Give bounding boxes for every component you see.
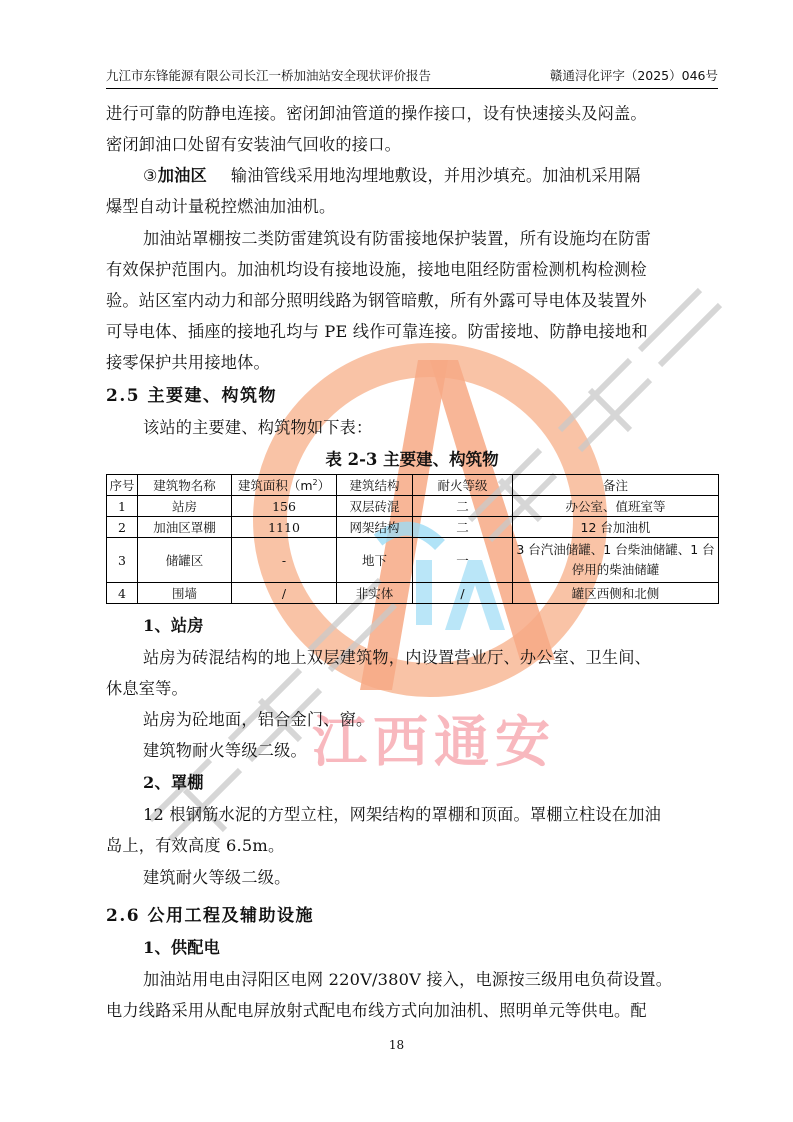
- paragraph-line: 验。站区室内动力和部分照明线路为钢管暗敷，所有外露可导电体及装置外: [106, 291, 718, 311]
- cell-structure: 网架结构: [337, 517, 413, 538]
- table-row: 2 加油区罩棚 1110 网架结构 二 12 台加油机: [107, 517, 719, 538]
- paragraph-line: 站房为砼地面，铝合金门、窗。: [143, 710, 718, 730]
- paragraph-line: 休息室等。: [106, 679, 718, 699]
- report-title: 九江市东锋能源有限公司长江一桥加油站安全现状评价报告: [106, 66, 431, 86]
- cell-index: 1: [107, 496, 138, 517]
- table-row: 1 站房 156 双层砖混 二 办公室、值班室等: [107, 496, 719, 517]
- cell-name: 围墙: [138, 583, 232, 604]
- cell-remarks: 罐区西侧和北侧: [513, 583, 719, 604]
- table-row: 4 围墙 / 非实体 / 罐区西侧和北侧: [107, 583, 719, 604]
- cell-remarks: 3 台汽油储罐、1 台柴油储罐、1 台停用的柴油储罐: [513, 538, 719, 583]
- col-header-structure: 建筑结构: [337, 475, 413, 496]
- buildings-table: 序号 建筑物名称 建筑面积（m2） 建筑结构 耐火等级 备注 1 站房 156 …: [106, 474, 719, 604]
- cell-name: 储罐区: [138, 538, 232, 583]
- paragraph-line: 加油站用电由浔阳区电网 220V/380V 接入，电源按三级用电负荷设置。: [143, 970, 718, 990]
- fueling-area-label: 加油区: [158, 166, 207, 185]
- cell-fire-rating: 一: [413, 538, 513, 583]
- table-intro: 该站的主要建、构筑物如下表：: [143, 418, 718, 438]
- cell-structure: 非实体: [337, 583, 413, 604]
- table-row: 3 储罐区 - 地下 一 3 台汽油储罐、1 台柴油储罐、1 台停用的柴油储罐: [107, 538, 719, 583]
- section-heading-2-5: 2.5 主要建、构筑物: [106, 386, 718, 406]
- paragraph-line: 爆型自动计量税控燃油加油机。: [106, 197, 718, 217]
- cell-fire-rating: /: [413, 583, 513, 604]
- cell-remarks: 办公室、值班室等: [513, 496, 719, 517]
- report-number: 赣通浔化评字（2025）046号: [550, 66, 718, 86]
- col-header-remarks: 备注: [513, 475, 719, 496]
- subheading-station-house: 1、站房: [143, 616, 718, 636]
- paragraph-line: 岛上，有效高度 6.5m。: [106, 836, 718, 856]
- cell-remarks: 12 台加油机: [513, 517, 719, 538]
- col-header-index: 序号: [107, 475, 138, 496]
- cell-index: 2: [107, 517, 138, 538]
- cell-fire-rating: 二: [413, 517, 513, 538]
- cell-structure: 地下: [337, 538, 413, 583]
- cell-index: 3: [107, 538, 138, 583]
- paragraph-line: 建筑物耐火等级二级。: [143, 741, 718, 761]
- cell-fire-rating: 二: [413, 496, 513, 517]
- circled-number: ③: [143, 166, 158, 186]
- cell-name: 站房: [138, 496, 232, 517]
- table-header-row: 序号 建筑物名称 建筑面积（m2） 建筑结构 耐火等级 备注: [107, 475, 719, 496]
- cell-area: 156: [232, 496, 337, 517]
- paragraph-line: 电力线路采用从配电屏放射式配电布线方式向加油机、照明单元等供电。配: [106, 1001, 718, 1021]
- subheading-canopy: 2、罩棚: [143, 773, 718, 793]
- section-heading-2-6: 2.6 公用工程及辅助设施: [106, 906, 718, 926]
- paragraph-text: 输油管线采用地沟埋地敷设，并用沙填充。加油机采用隔: [231, 166, 641, 185]
- cell-index: 4: [107, 583, 138, 604]
- col-header-area: 建筑面积（m2）: [232, 475, 337, 496]
- paragraph-line: 进行可靠的防静电连接。密闭卸油管道的操作接口，设有快速接头及闷盖。: [106, 104, 718, 124]
- paragraph-line: 建筑耐火等级二级。: [143, 868, 718, 888]
- paragraph-line: 站房为砖混结构的地上双层建筑物，内设置营业厅、办公室、卫生间、: [143, 648, 718, 668]
- cell-area: /: [232, 583, 337, 604]
- cell-structure: 双层砖混: [337, 496, 413, 517]
- cell-name: 加油区罩棚: [138, 517, 232, 538]
- document-page: 江西通安 九江市东锋能源有限公司长江一桥加油站安全现状评价报告 赣通浔化评字（2…: [0, 0, 793, 1122]
- paragraph-line: 密闭卸油口处留有安装油气回收的接口。: [106, 135, 718, 155]
- cell-area: 1110: [232, 517, 337, 538]
- page-header: 九江市东锋能源有限公司长江一桥加油站安全现状评价报告 赣通浔化评字（2025）0…: [106, 66, 718, 89]
- col-header-name: 建筑物名称: [138, 475, 232, 496]
- paragraph-line: 接零保护共用接地体。: [106, 353, 718, 373]
- paragraph-line: 加油站罩棚按二类防雷建筑设有防雷接地保护装置，所有设施均在防雷: [143, 229, 718, 249]
- paragraph-line: 12 根钢筋水泥的方型立柱，网架结构的罩棚和顶面。罩棚立柱设在加油: [143, 805, 718, 825]
- table-caption: 表 2-3 主要建、构筑物: [106, 450, 718, 470]
- paragraph-line: 可导电体、插座的接地孔均与 PE 线作可靠连接。防雷接地、防静电接地和: [106, 322, 718, 342]
- fueling-area-paragraph: ③加油区输油管线采用地沟埋地敷设，并用沙填充。加油机采用隔: [143, 166, 718, 186]
- page-number: 18: [0, 1038, 793, 1052]
- col-header-fire-rating: 耐火等级: [413, 475, 513, 496]
- paragraph-line: 有效保护范围内。加油机均设有接地设施，接地电阻经防雷检测机构检测检: [106, 260, 718, 280]
- cell-area: -: [232, 538, 337, 583]
- subheading-power-supply: 1、供配电: [143, 938, 718, 958]
